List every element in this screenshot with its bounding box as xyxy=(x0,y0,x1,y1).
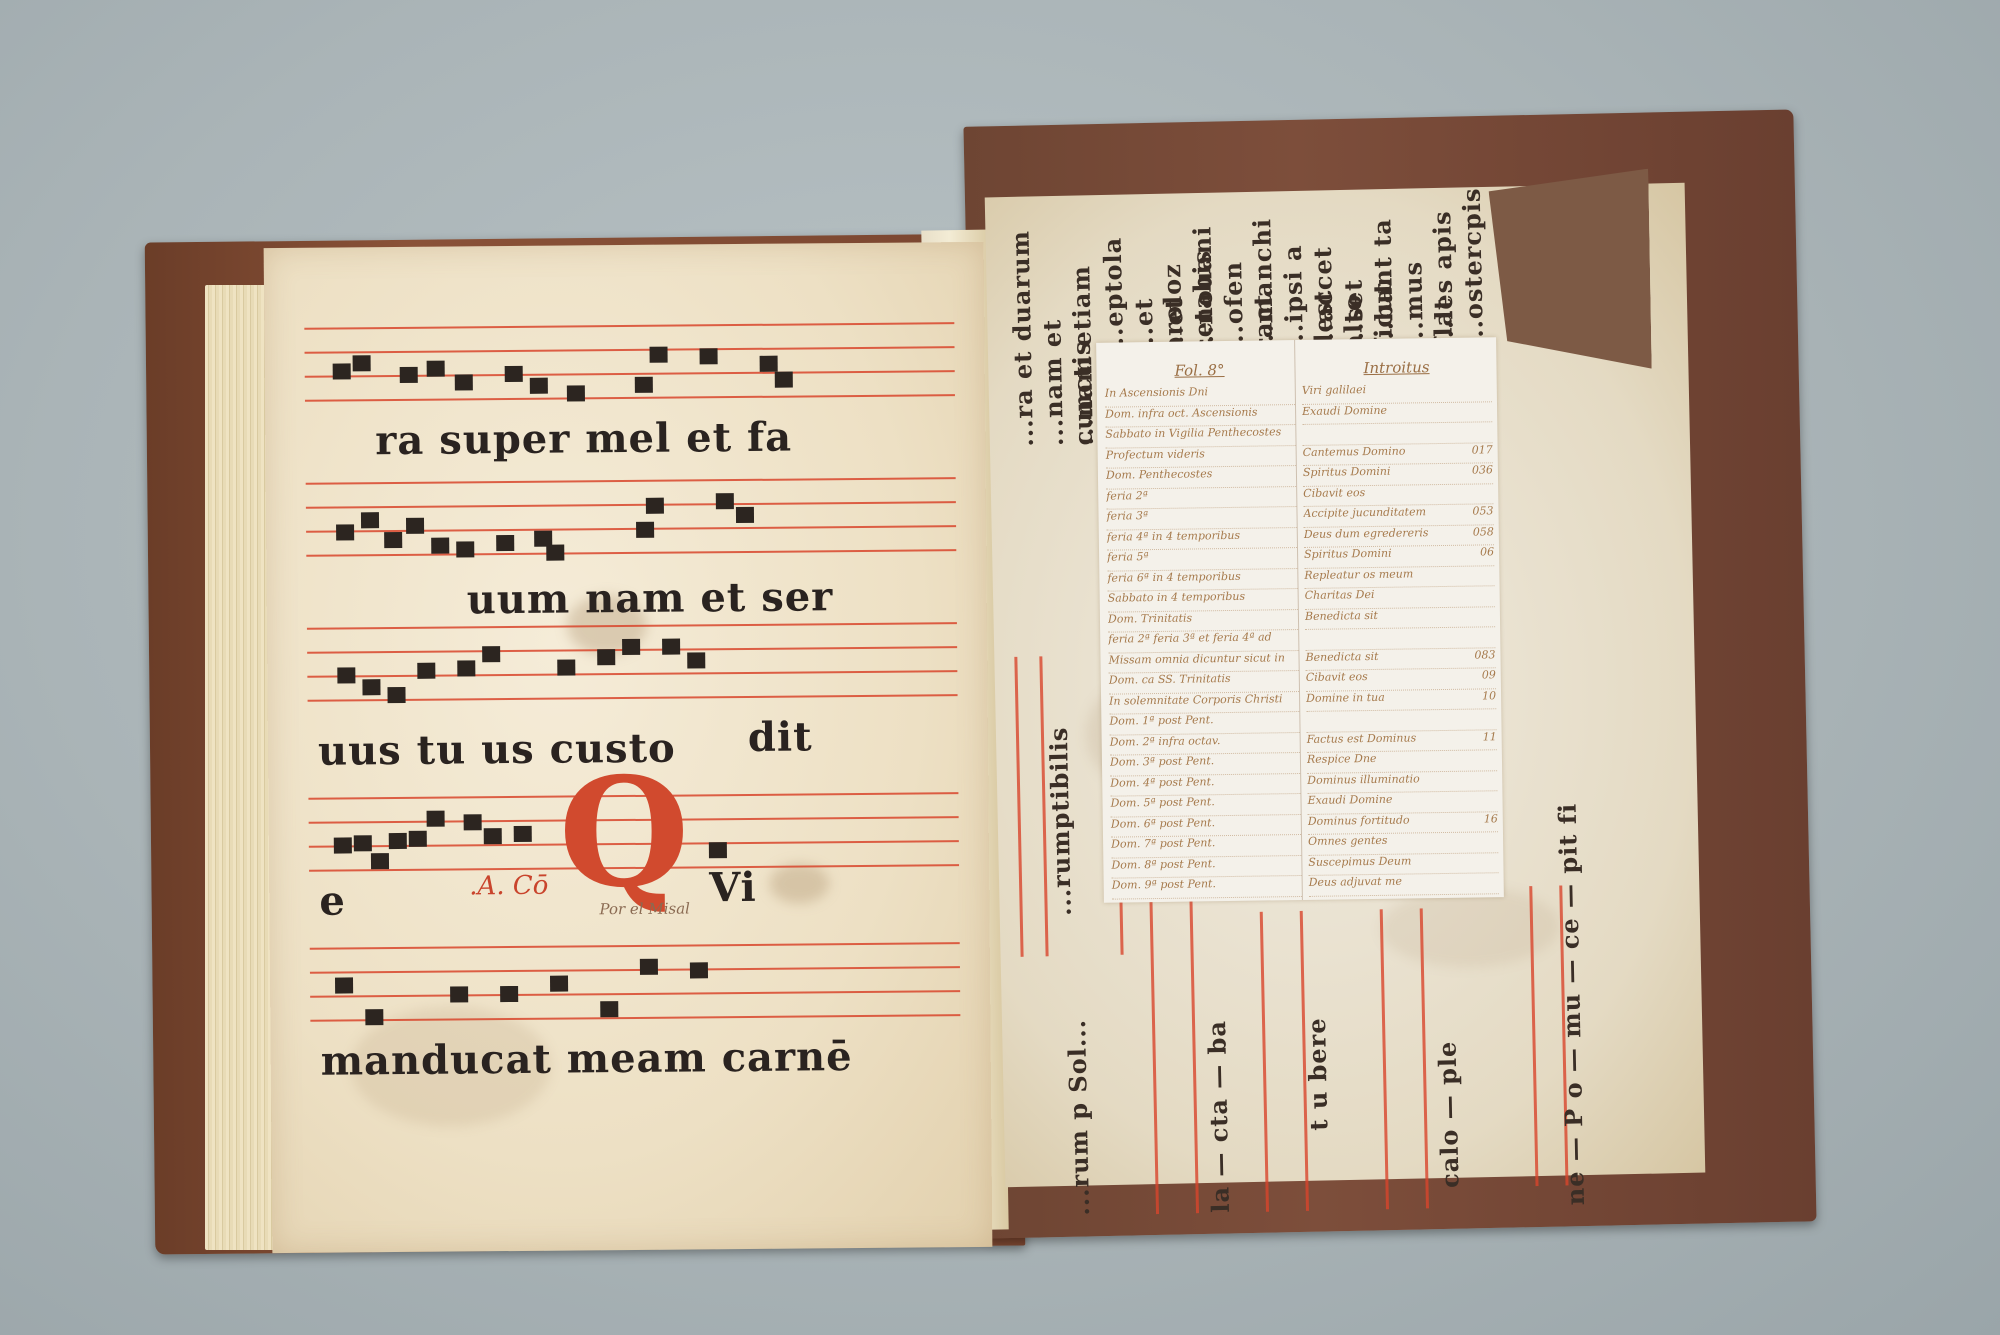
index-entry-text: Cantemus Domino xyxy=(1303,444,1406,465)
index-entry-page: 10 xyxy=(1482,689,1496,709)
index-entry: Dom. ca SS. Trinitatis xyxy=(1109,671,1299,694)
index-entry: Dom. 1ª post Pent. xyxy=(1109,712,1299,735)
index-entry-text: Respice Dne xyxy=(1307,752,1377,772)
marginal-annotation: Por el Misal xyxy=(599,899,690,918)
index-entry-text: feria 3ª xyxy=(1106,509,1148,529)
index-entry: Omnes gentes xyxy=(1308,832,1498,855)
index-entry-text: Dom. 5ª post Pent. xyxy=(1110,795,1214,816)
index-entry-text: Dom. infra oct. Ascensionis xyxy=(1105,405,1258,427)
index-entry: Dom. 9ª post Pent. xyxy=(1112,876,1302,899)
index-entry-text: Accipite jucunditatem xyxy=(1303,505,1426,526)
index-entry: feria 5ª xyxy=(1107,548,1297,571)
index-entry: Spiritus Domini036 xyxy=(1303,463,1493,486)
fragment-col-16: ...ostercpis xyxy=(1457,207,1489,348)
index-right-heading: Introitus xyxy=(1301,357,1491,378)
index-entry-text: Cibavit eos xyxy=(1303,486,1365,506)
index-entry: Deus adjuvat me xyxy=(1309,873,1499,896)
fragment-col-13: ...bant ta xyxy=(1367,209,1399,350)
index-entry-text: Repleatur os meum xyxy=(1304,567,1413,588)
index-entry-text: Dominus illuminatio xyxy=(1307,772,1420,793)
index-entry: Cibavit eos09 xyxy=(1306,668,1496,691)
index-entry: In solemnitate Corporis Christi xyxy=(1109,692,1299,715)
index-entry-text: Spiritus Domini xyxy=(1303,465,1391,486)
index-entry xyxy=(1306,709,1496,732)
index-entry: Suscepimus Deum xyxy=(1308,853,1498,876)
fragment-col-4: ...eptola xyxy=(1097,214,1129,355)
index-entry-text: feria 2ª xyxy=(1106,489,1148,509)
index-entry: Dom. Penthecostes xyxy=(1106,466,1296,489)
index-entry: feria 3ª xyxy=(1106,507,1296,530)
index-entry: Exaudi Domine xyxy=(1307,791,1497,814)
lyric-line-2: uum nam et ser xyxy=(467,573,834,623)
index-entry-page: 16 xyxy=(1484,812,1498,832)
index-entry: Dom. 4ª post Pent. xyxy=(1110,774,1300,797)
index-entry-text: Dom. 9ª post Pent. xyxy=(1112,877,1216,898)
lower-lyric-2: ...rum p Sol... xyxy=(1060,915,1095,1216)
index-entry-page: 058 xyxy=(1473,525,1494,545)
index-entry-page: 053 xyxy=(1472,504,1493,524)
music-staff-5 xyxy=(310,942,961,1050)
index-entry: feria 2ª feria 3ª et feria 4ª ad xyxy=(1108,630,1298,653)
music-staff-2 xyxy=(306,477,957,585)
lower-lyric-5: calo — ple xyxy=(1430,928,1464,1189)
index-entry-text: Dom. 1ª post Pent. xyxy=(1109,713,1213,734)
index-entry-text: Dom. 4ª post Pent. xyxy=(1110,775,1214,796)
index-entry-text: Cibavit eos xyxy=(1306,670,1368,690)
index-entry: Cantemus Domino017 xyxy=(1303,443,1493,466)
index-left-column: Fol. 8° In Ascensionis DniDom. infra oct… xyxy=(1104,360,1301,899)
index-entry: Spiritus Domini06 xyxy=(1304,545,1494,568)
index-entry-text: Dom. 3ª post Pent. xyxy=(1110,754,1214,775)
index-entry-text: In solemnitate Corporis Christi xyxy=(1109,692,1283,714)
index-entry: Dom. 7ª post Pent. xyxy=(1111,835,1301,858)
index-entry-text: feria 4ª in 4 temporibus xyxy=(1107,528,1241,549)
index-entry-text: Exaudi Domine xyxy=(1307,793,1392,814)
lyric-line-3b: dit xyxy=(748,713,813,761)
index-entry: Domine in tua10 xyxy=(1306,689,1496,712)
index-entry-text: Missam omnia dicuntur sicut in xyxy=(1108,651,1285,673)
index-entry-text: Viri galilaei xyxy=(1302,383,1367,403)
index-entry: Dominus fortitudo16 xyxy=(1308,812,1498,835)
index-entry-text: Dom. Penthecostes xyxy=(1106,467,1213,488)
index-entry: Dom. Trinitatis xyxy=(1108,610,1298,633)
index-entry-text: Suscepimus Deum xyxy=(1308,854,1411,875)
index-entry: Dom. infra oct. Ascensionis xyxy=(1105,405,1295,428)
index-entry-text: feria 2ª feria 3ª et feria 4ª ad xyxy=(1108,630,1272,652)
illuminated-initial-q: Q xyxy=(558,744,690,921)
index-entry-text: feria 5ª xyxy=(1107,550,1149,570)
index-entry: Benedicta sit xyxy=(1305,607,1495,630)
index-entry-text: Factus est Dominus xyxy=(1307,731,1417,752)
index-entry-text: Dom. 6ª post Pent. xyxy=(1111,816,1215,837)
index-entry-text: Spiritus Domini xyxy=(1304,547,1392,568)
lyric-line-5: manducat meam carnē xyxy=(321,1033,853,1085)
lower-lyric-3: la — cta — ba xyxy=(1200,912,1235,1213)
index-entry: Accipite jucunditatem053 xyxy=(1303,504,1493,527)
index-entry-text: Benedicta sit xyxy=(1305,649,1378,670)
index-entry xyxy=(1305,627,1495,650)
index-entry-text: Profectum videris xyxy=(1106,447,1205,468)
index-entry: Missam omnia dicuntur sicut in xyxy=(1108,651,1298,674)
index-entry-text: Domine in tua xyxy=(1306,690,1385,711)
index-entry-page: 083 xyxy=(1474,648,1495,668)
index-entry: Respice Dne xyxy=(1307,750,1497,773)
left-page-antiphonary: ra super mel et fa uum nam et ser uus tu… xyxy=(264,242,993,1253)
index-entry-text: Dominus fortitudo xyxy=(1308,813,1410,834)
index-entry: Exaudi Domine xyxy=(1302,402,1492,425)
index-entry-text: feria 6ª in 4 temporibus xyxy=(1107,569,1241,590)
lower-lyric-1: ...rumptibilis xyxy=(1042,656,1076,917)
fragment-col-1: ...ra et duarum xyxy=(1005,216,1039,447)
torn-leather-patch xyxy=(1488,169,1651,372)
index-entry: Dom. 2ª infra octav. xyxy=(1110,733,1300,756)
index-entry-text: Dom. 8ª post Pent. xyxy=(1111,857,1215,878)
index-entry-text: In Ascensionis Dni xyxy=(1105,385,1208,406)
lyric-line-1: ra super mel et fa xyxy=(375,414,792,465)
index-entry: Deus dum egredereris058 xyxy=(1304,525,1494,548)
index-entry-text: Omnes gentes xyxy=(1308,834,1388,855)
index-entry-page: 017 xyxy=(1472,443,1493,463)
index-entry-page: 11 xyxy=(1483,730,1497,750)
fragment-col-9: ...manchi xyxy=(1247,211,1279,352)
index-entry-text: Dom. 2ª infra octav. xyxy=(1110,734,1221,755)
music-staff-3 xyxy=(307,622,958,730)
index-entry: Profectum videris xyxy=(1106,446,1296,469)
index-entry: feria 4ª in 4 temporibus xyxy=(1107,528,1297,551)
lower-lyric-6: ne — P o — mu — ce — pit fi xyxy=(1548,605,1590,1205)
index-entry: Factus est Dominus11 xyxy=(1307,730,1497,753)
index-entry: Dominus illuminatio xyxy=(1307,771,1497,794)
index-entry-page: 036 xyxy=(1472,463,1493,483)
fragment-col-15: ...les apis xyxy=(1427,208,1459,349)
index-left-heading: Fol. 8° xyxy=(1104,360,1294,381)
index-entry: Cibavit eos xyxy=(1303,484,1493,507)
index-entry-text: Sabbato in Vigilia Penthecostes xyxy=(1105,425,1281,447)
index-entry: feria 2ª xyxy=(1106,487,1296,510)
index-entry-text: Exaudi Domine xyxy=(1302,403,1387,424)
index-entry-page: 06 xyxy=(1480,545,1494,565)
index-entry-text: Deus dum egredereris xyxy=(1304,526,1429,547)
index-entry: Dom. 8ª post Pent. xyxy=(1111,856,1301,879)
index-entry: Dom. 3ª post Pent. xyxy=(1110,753,1300,776)
index-entry: In Ascensionis Dni xyxy=(1105,384,1295,407)
index-entry: Viri galilaei xyxy=(1302,381,1492,404)
index-entry-text: Sabbato in 4 temporibus xyxy=(1108,590,1246,611)
index-entry-text: Dom. 7ª post Pent. xyxy=(1111,836,1215,857)
index-entry: Sabbato in Vigilia Penthecostes xyxy=(1105,425,1295,448)
lyric-vi: Vi xyxy=(709,864,757,911)
index-entry: Repleatur os meum xyxy=(1304,566,1494,589)
music-staff-1 xyxy=(304,322,955,430)
index-entry: Dom. 5ª post Pent. xyxy=(1110,794,1300,817)
index-entry: feria 6ª in 4 temporibus xyxy=(1107,569,1297,592)
fragment-col-7: ...nouani xyxy=(1187,213,1219,354)
lyric-line-4: e xyxy=(319,877,346,924)
index-entry: Charitas Dei xyxy=(1305,586,1495,609)
index-entry xyxy=(1302,422,1492,445)
index-right-column: Introitus Viri galilaeiExaudi DomineCant… xyxy=(1301,357,1498,896)
lower-lyric-4: t u bere xyxy=(1300,930,1333,1131)
index-entry: Benedicta sit083 xyxy=(1305,648,1495,671)
handwritten-index-sheet: Fol. 8° In Ascensionis DniDom. infra oct… xyxy=(1096,337,1504,903)
index-entry: Sabbato in 4 temporibus xyxy=(1108,589,1298,612)
index-entry-text: Dom. Trinitatis xyxy=(1108,611,1192,632)
index-entry-text: Charitas Dei xyxy=(1305,588,1375,608)
rubric-antiphon-com: .A. Cō xyxy=(469,871,548,902)
index-entry-text: Deus adjuvat me xyxy=(1309,875,1403,896)
index-entry: Dom. 6ª post Pent. xyxy=(1111,815,1301,838)
index-entry-page: 09 xyxy=(1482,668,1496,688)
index-entry-text: Dom. ca SS. Trinitatis xyxy=(1109,672,1231,693)
index-entry-text: Benedicta sit xyxy=(1305,608,1378,629)
